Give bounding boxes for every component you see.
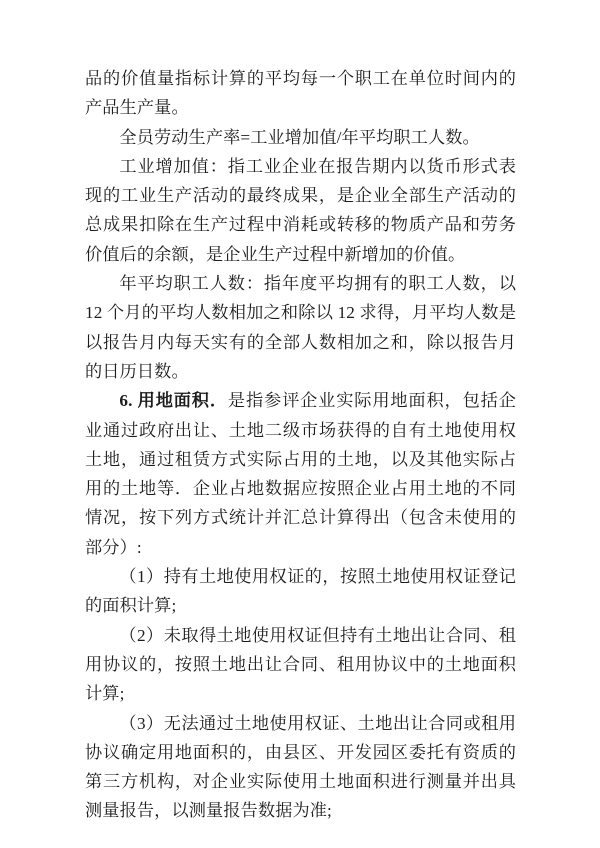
paragraph-text: 工业增加值：指工业企业在报告期内以货币形式表现的工业生产活动的最终成果，是企业全…	[85, 157, 516, 264]
paragraph-text: 全员劳动生产率=工业增加值/年平均职工人数。	[119, 128, 479, 147]
paragraph-item-3: （3）无法通过土地使用权证、土地出让合同或租用协议确定用地面积的，由县区、开发园…	[85, 709, 516, 826]
paragraph-continuation: 品的价值量指标计算的平均每一个职工在单位时间内的产品生产量。	[85, 64, 516, 123]
paragraph-item-2: （2）未取得土地使用权证但持有土地出让合同、租用协议的，按照土地出让合同、租用协…	[85, 621, 516, 709]
paragraph-formula: 全员劳动生产率=工业增加值/年平均职工人数。	[85, 123, 516, 152]
paragraph-text: （3）无法通过土地使用权证、土地出让合同或租用协议确定用地面积的，由县区、开发园…	[85, 714, 516, 821]
paragraph-item-1: （1）持有土地使用权证的，按照土地使用权证登记的面积计算;	[85, 562, 516, 621]
paragraph-text: 年平均职工人数：指年度平均拥有的职工人数，以 12 个月的平均人数相加之和除以 …	[85, 274, 516, 381]
paragraph-annual-average-staff: 年平均职工人数：指年度平均拥有的职工人数，以 12 个月的平均人数相加之和除以 …	[85, 269, 516, 386]
paragraph-text: 品的价值量指标计算的平均每一个职工在单位时间内的产品生产量。	[85, 69, 516, 117]
paragraph-land-area: 6. 用地面积．是指参评企业实际用地面积，包括企业通过政府出让、土地二级市场获得…	[85, 386, 516, 562]
paragraph-text: （2）未取得土地使用权证但持有土地出让合同、租用协议的，按照土地出让合同、租用协…	[85, 626, 516, 704]
paragraph-lead-bold: 6. 用地面积．	[119, 391, 228, 410]
paragraph-industrial-added-value: 工业增加值：指工业企业在报告期内以货币形式表现的工业生产活动的最终成果，是企业全…	[85, 152, 516, 269]
document-page: 品的价值量指标计算的平均每一个职工在单位时间内的产品生产量。 全员劳动生产率=工…	[0, 0, 600, 848]
paragraph-text: 是指参评企业实际用地面积，包括企业通过政府出让、土地二级市场获得的自有土地使用权…	[85, 391, 516, 556]
paragraph-text: （1）持有土地使用权证的，按照土地使用权证登记的面积计算;	[85, 567, 516, 615]
document-text-block: 品的价值量指标计算的平均每一个职工在单位时间内的产品生产量。 全员劳动生产率=工…	[85, 64, 516, 826]
